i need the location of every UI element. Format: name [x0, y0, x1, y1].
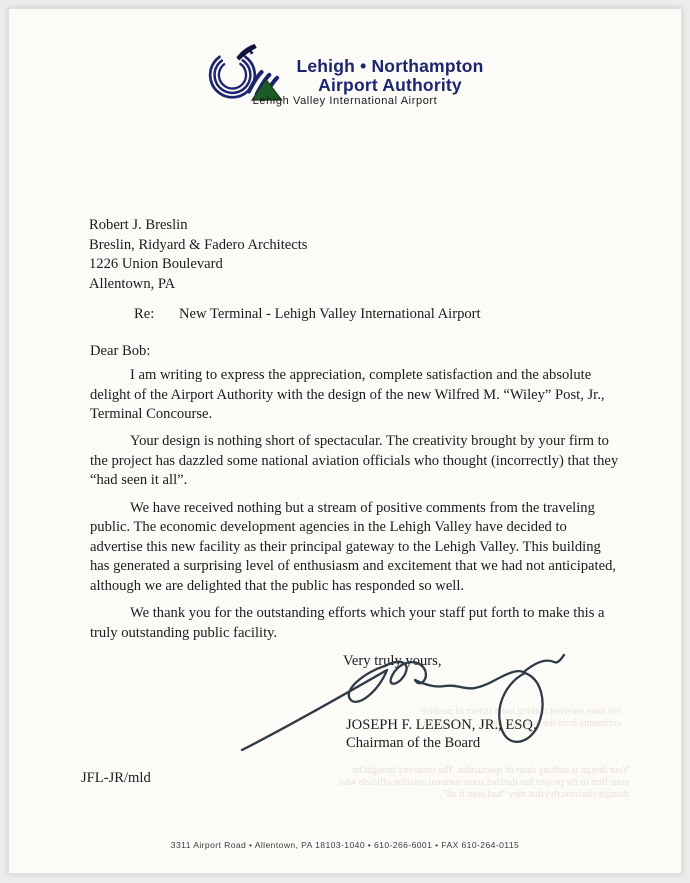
recipient-address: Robert J. Breslin Breslin, Ridyard & Fad… [89, 216, 307, 294]
body-paragraph-1: I am writing to express the appreciation… [90, 366, 621, 425]
letterhead-subtitle: Lehigh Valley International Airport [9, 95, 681, 107]
signer-name: JOSEPH F. LEESON, JR., ESQ. [346, 716, 537, 734]
org-name-line1: Lehigh • Northampton [296, 57, 483, 76]
recipient-name: Robert J. Breslin [89, 216, 307, 236]
letter-body: I am writing to express the appreciation… [90, 366, 621, 651]
signer-title: Chairman of the Board [346, 734, 537, 752]
reference-initials: JFL-JR/mld [81, 769, 151, 789]
handwritten-signature [227, 647, 571, 771]
subject-label: Re: [134, 305, 154, 325]
footer-address: 3311 Airport Road • Allentown, PA 18103-… [9, 840, 681, 850]
scanned-letter-page: Lehigh • Northampton Airport Authority L… [8, 8, 682, 874]
body-paragraph-2: Your design is nothing short of spectacu… [90, 432, 621, 491]
org-name: Lehigh • Northampton Airport Authority [296, 57, 483, 95]
org-name-line2: Airport Authority [296, 76, 483, 95]
salutation: Dear Bob: [90, 342, 150, 362]
signer-block: JOSEPH F. LEESON, JR., ESQ. Chairman of … [346, 716, 537, 752]
subject-text: New Terminal - Lehigh Valley Internation… [179, 305, 639, 325]
recipient-city: Allentown, PA [89, 275, 307, 295]
body-paragraph-3: We have received nothing but a stream of… [90, 499, 621, 597]
body-paragraph-4: We thank you for the outstanding efforts… [90, 604, 621, 643]
recipient-street: 1226 Union Boulevard [89, 255, 307, 275]
recipient-firm: Breslin, Ridyard & Fadero Architects [89, 236, 307, 256]
